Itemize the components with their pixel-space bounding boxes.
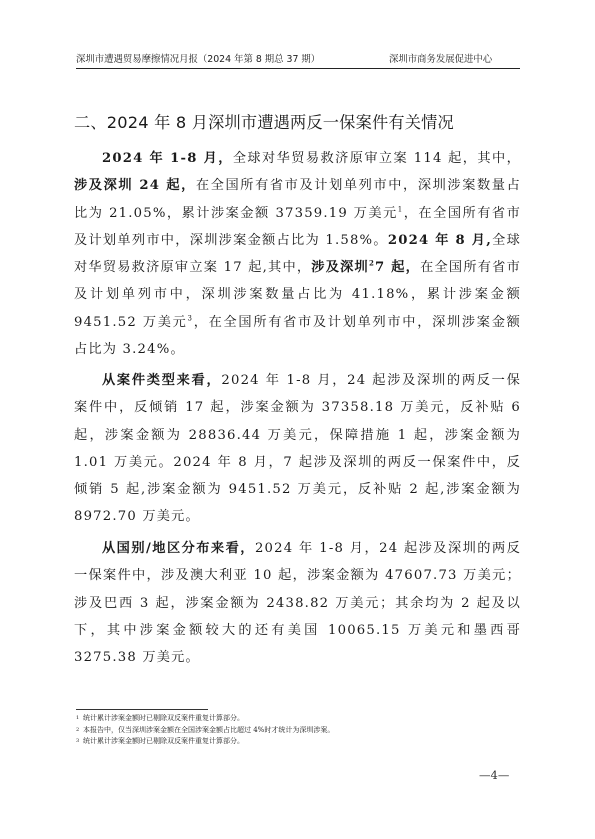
footnote-3: 3统计累计涉案金额时已剔除双反案件重复计算部分。 xyxy=(76,736,334,748)
bold-lead: 从案件类型来看， xyxy=(102,373,221,388)
footnote-number: 3 xyxy=(76,736,83,748)
report-title-header: 深圳市遭遇贸易摩擦情况月报（2024 年第 8 期总 37 期） xyxy=(76,54,320,66)
footnote-text: 统计累计涉案金额时已剔除双反案件重复计算部分。 xyxy=(83,714,244,722)
text: 2024 年 1-8 月，24 起涉及深圳的两反一保案件中，涉及澳大利亚 10 … xyxy=(74,541,521,665)
paragraph-case-type: 从案件类型来看，2024 年 1-8 月，24 起涉及深圳的两反一保案件中，反倾… xyxy=(74,367,521,531)
bold-lead: 2024 年 1-8 月， xyxy=(102,151,233,166)
paragraph-overview: 2024 年 1-8 月，全球对华贸易救济原审立案 114 起，其中，涉及深圳 … xyxy=(74,145,521,363)
text: 涉及深圳 xyxy=(311,260,369,275)
text: 7 起， xyxy=(375,260,420,275)
footnote-text: 统计累计涉案金额时已剔除双反案件重复计算部分。 xyxy=(83,737,244,745)
footnote-number: 1 xyxy=(76,713,83,725)
text: 2024 年 1-8 月，24 起涉及深圳的两反一保案件中，反倾销 17 起，涉… xyxy=(74,373,521,524)
footnote-1: 1统计累计涉案金额时已剔除双反案件重复计算部分。 xyxy=(76,713,334,725)
footnote-number: 2 xyxy=(76,725,83,737)
organization-header: 深圳市商务发展促进中心 xyxy=(389,54,492,66)
footnotes: 1统计累计涉案金额时已剔除双反案件重复计算部分。 2本报告中，仅当深圳涉案金额在… xyxy=(76,713,334,748)
bold-text: 涉及深圳 24 起， xyxy=(74,178,196,193)
bold-text: 涉及深圳27 起， xyxy=(311,260,420,275)
bold-lead: 从国别/地区分布来看， xyxy=(102,541,255,556)
footnote-divider xyxy=(76,709,208,710)
bold-text: 2024 年 8 月, xyxy=(388,233,492,248)
running-header: 深圳市遭遇贸易摩擦情况月报（2024 年第 8 期总 37 期） 深圳市商务发展… xyxy=(76,54,520,69)
section-title: 二、2024 年 8 月深圳市遭遇两反一保案件有关情况 xyxy=(74,111,454,135)
paragraph-country-distribution: 从国别/地区分布来看，2024 年 1-8 月，24 起涉及深圳的两反一保案件中… xyxy=(74,535,521,671)
footnote-text: 本报告中，仅当深圳涉案金额在全国涉案金额占比超过 4%时才统计为深圳涉案。 xyxy=(83,726,334,734)
footnote-2: 2本报告中，仅当深圳涉案金额在全国涉案金额占比超过 4%时才统计为深圳涉案。 xyxy=(76,725,334,737)
page-number: —4— xyxy=(479,768,509,782)
text: 全球对华贸易救济原审立案 114 起，其中， xyxy=(233,151,521,166)
